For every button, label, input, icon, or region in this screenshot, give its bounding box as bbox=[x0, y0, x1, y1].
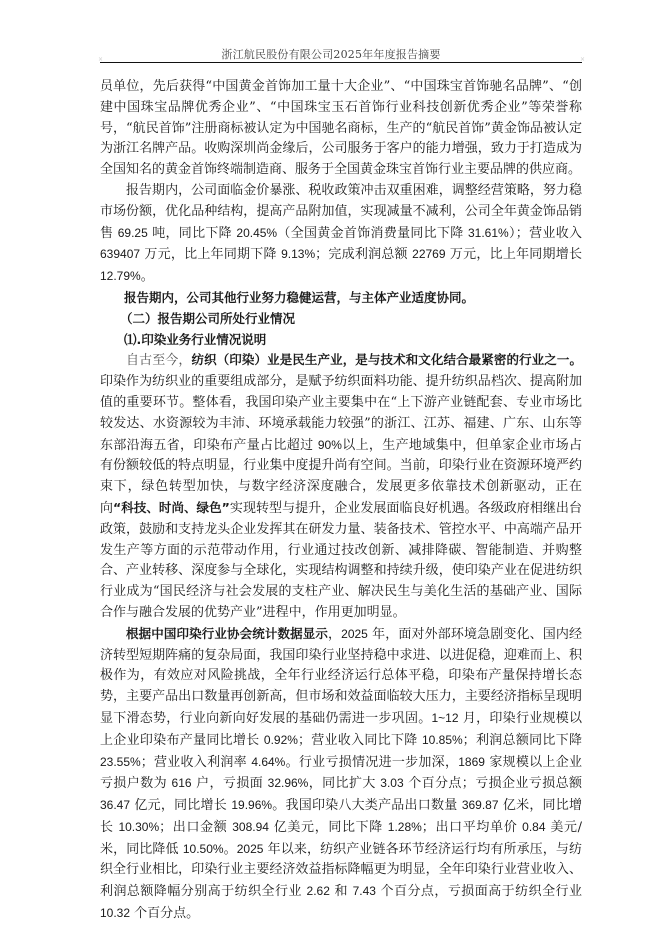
text: ；完成利润总额 bbox=[315, 247, 412, 262]
paragraph-dyeing-industry-overview: 自古至今，纺织（印染）业是民生产业，是与技术和文化结合最紧密的行业之一。印染作为… bbox=[100, 350, 582, 623]
text: 万元，比上年同期增长 bbox=[446, 247, 582, 262]
value: 19.96% bbox=[231, 798, 272, 812]
text: ；出口平均单价 bbox=[422, 820, 522, 835]
text: ）；营业收入 bbox=[509, 226, 582, 241]
text: 自古至今， bbox=[126, 353, 192, 368]
crop-mark-left: × bbox=[98, 58, 102, 62]
value-national-decline: 31.61% bbox=[468, 226, 509, 240]
text: （全国黄金首饰消费量同比下降 bbox=[277, 226, 468, 241]
text: 。 bbox=[141, 269, 154, 284]
text: 万元，比上年同期下降 bbox=[140, 247, 281, 262]
value: 1.28% bbox=[388, 820, 422, 834]
text: 实现转型与提升，企业发展面临良好机遇。各级政府相继出台政策，鼓励和支持龙头企业发… bbox=[100, 501, 582, 620]
text: 户，亏损面 bbox=[192, 776, 268, 791]
value: 32.96% bbox=[268, 776, 309, 790]
value-revenue-decline: 9.13% bbox=[281, 247, 315, 261]
emphasis-text: “科技、时尚、绿色” bbox=[113, 500, 230, 515]
text: 亿美元，同比下降 bbox=[269, 820, 388, 835]
text: ， bbox=[328, 627, 341, 642]
value-total-profit: 22769 bbox=[412, 247, 445, 261]
paragraph-gold-performance: 报告期内，公司面临金价暴涨、税收政策冲击双重困难，调整经营策略，努力稳市场份额，… bbox=[100, 181, 582, 288]
text: 和 bbox=[330, 884, 353, 899]
text: 个百分点，亏损面高于纺织全行业 bbox=[376, 884, 582, 899]
emphasis-text: 根据中国印染行业协会统计数据显示 bbox=[126, 626, 328, 641]
paragraph-dyeing-statistics: 根据中国印染行业协会统计数据显示，2025 年，面对外部环境急剧变化、国内经济转… bbox=[100, 624, 582, 925]
text: ；营业收入利润率 bbox=[141, 755, 252, 770]
value: 2.62 bbox=[307, 884, 330, 898]
section-heading-industry: （二）报告期公司所处行业情况 bbox=[100, 309, 582, 330]
paragraph-other-industries: 报告期内，公司其他行业努力稳健运营，与主体产业适度协同。 bbox=[100, 288, 582, 309]
header-rule bbox=[100, 62, 582, 63]
value: 36.47 bbox=[100, 798, 130, 812]
value: 1869 bbox=[458, 755, 485, 769]
paragraph-company-honors: 员单位，先后获得“中国黄金首饰加工量十大企业”、“中国珠宝首饰驰名品牌”、“创建… bbox=[100, 77, 582, 181]
emphasis-text: 纺织（印染）业是民生产业，是与技术和文化结合最紧密的行业之一。 bbox=[192, 352, 582, 367]
value: 10.85% bbox=[422, 733, 463, 747]
text: 个百分点；亏损企业亏损总额 bbox=[404, 776, 582, 791]
text: 吨，同比下降 bbox=[148, 226, 237, 241]
document-body: 员单位，先后获得“中国黄金首饰加工量十大企业”、“中国珠宝首饰驰名品牌”、“创建… bbox=[100, 77, 582, 925]
value: 23.55% bbox=[100, 755, 141, 769]
text: ；营业收入同比下降 bbox=[298, 733, 422, 748]
value-year: 2025 bbox=[341, 627, 368, 641]
value: 7.43 bbox=[353, 884, 376, 898]
value: 369.87 bbox=[462, 798, 499, 812]
value-months: 1~12 bbox=[431, 711, 458, 725]
text: 。 bbox=[224, 842, 237, 857]
text: 。我国印染八大类产品出口数量 bbox=[272, 798, 462, 813]
value: 4.64% bbox=[251, 755, 285, 769]
value: 3.03 bbox=[380, 776, 403, 790]
value: 10.30% bbox=[118, 820, 159, 834]
value: 10.32 bbox=[100, 906, 130, 920]
value-output-share: 90% bbox=[318, 438, 342, 452]
value: 308.94 bbox=[232, 820, 269, 834]
value: 616 bbox=[172, 776, 192, 790]
document-page: 浙江航民股份有限公司2025年年度报告摘要 × × 员单位，先后获得“中国黄金首… bbox=[0, 0, 662, 936]
value-gold-sales-tons: 69.25 bbox=[118, 226, 148, 240]
value-sales-decline: 20.45% bbox=[236, 226, 277, 240]
value-profit-growth: 12.79% bbox=[100, 269, 141, 283]
text: ，同比扩大 bbox=[308, 776, 380, 791]
text: 。行业亏损情况进一步加深， bbox=[285, 755, 458, 770]
value: 10.50% bbox=[183, 842, 224, 856]
value-revenue: 639407 bbox=[100, 247, 140, 261]
text: ；利润总额同比下降 bbox=[463, 733, 582, 748]
crop-mark-right: × bbox=[580, 58, 584, 62]
value-year: 2025 bbox=[237, 842, 264, 856]
value: 0.92% bbox=[264, 733, 298, 747]
text: ；出口金额 bbox=[159, 820, 232, 835]
text: 亿元，同比增长 bbox=[130, 798, 231, 813]
text: 个百分点。 bbox=[130, 906, 199, 921]
value: 0.84 bbox=[522, 820, 545, 834]
subsection-heading-dyeing: ⑴.印染业务行业情况说明 bbox=[100, 330, 582, 351]
